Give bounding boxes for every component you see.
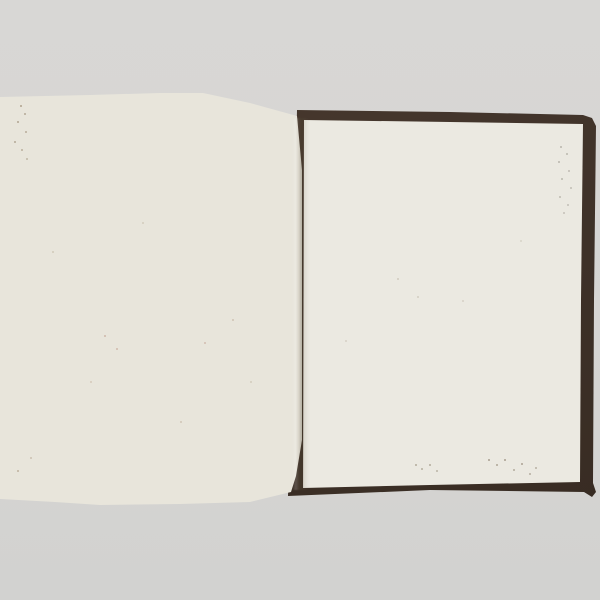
left-page-specks: [0, 0, 2, 2]
right-page-specks: [0, 0, 2, 2]
gutter-shadow: [292, 118, 309, 490]
left-page-ink-dash: [0, 1, 10, 5]
book-photo: [0, 0, 600, 600]
